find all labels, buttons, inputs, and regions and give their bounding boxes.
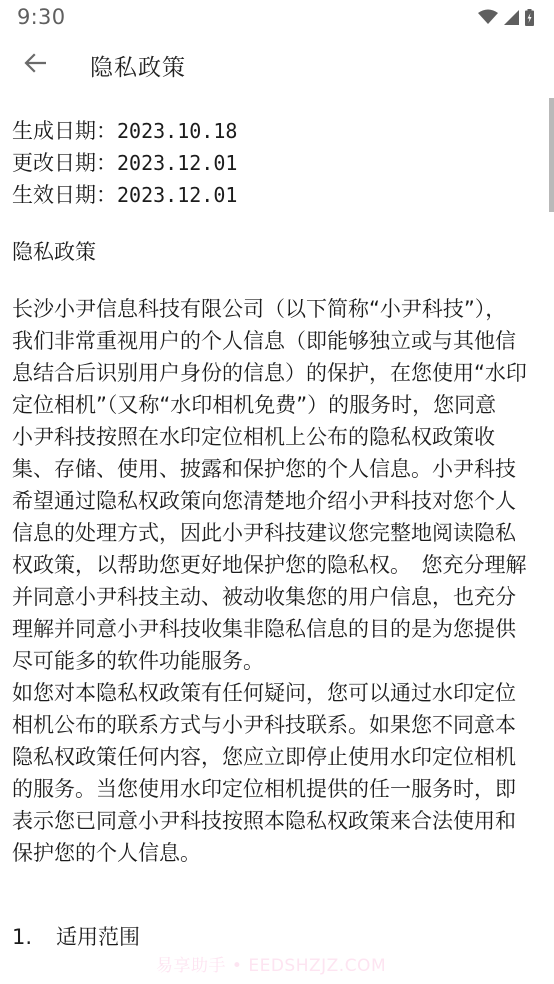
paragraph-line: 隐私权政策任何内容，您应立即停止使用水印定位相机 <box>12 741 516 773</box>
section-number: 1. <box>12 921 56 953</box>
date-value: 2023.12.01 <box>117 183 237 207</box>
cellular-signal-icon <box>504 10 519 25</box>
status-bar: 9:30 <box>0 0 554 34</box>
paragraph-line: 息结合后识别用户身份的信息）的保护，在您使用“水印 <box>12 357 527 389</box>
date-list: 生成日期：2023.10.18 更改日期：2023.12.01 生效日期：202… <box>12 115 237 211</box>
document-heading: 隐私政策 <box>12 236 96 268</box>
arrow-left-icon <box>24 53 46 77</box>
policy-content[interactable]: 生成日期：2023.10.18 更改日期：2023.12.01 生效日期：202… <box>0 96 554 984</box>
date-label: 生效日期： <box>12 183 117 207</box>
modified-date: 更改日期：2023.12.01 <box>12 147 237 179</box>
watermark: 易享助手 • EEDSHZJZ.COM <box>156 951 386 976</box>
paragraph-line: 小尹科技按照在水印定位相机上公布的隐私权政策收 <box>12 421 527 453</box>
paragraph-line: 信息的处理方式，因此小尹科技建议您完整地阅读隐私 <box>12 517 527 549</box>
paragraph-contact: 如您对本隐私权政策有任何疑问，您可以通过水印定位 相机公布的联系方式与小尹科技联… <box>12 677 516 869</box>
paragraph-line: 表示您已同意小尹科技按照本隐私权政策来合法使用和 <box>12 805 516 837</box>
paragraph-line: 尽可能多的软件功能服务。 <box>12 645 527 677</box>
paragraph-line: 定位相机”（又称“水印相机免费”）的服务时，您同意 <box>12 389 527 421</box>
page-title: 隐私政策 <box>90 49 186 82</box>
date-value: 2023.12.01 <box>117 151 237 175</box>
paragraph-line: 保护您的个人信息。 <box>12 837 516 869</box>
paragraph-line: 相机公布的联系方式与小尹科技联系。如果您不同意本 <box>12 709 516 741</box>
status-time: 9:30 <box>17 5 65 29</box>
paragraph-line: 长沙小尹信息科技有限公司（以下简称“小尹科技”）， <box>12 293 527 325</box>
paragraph-line: 理解并同意小尹科技收集非隐私信息的目的是为您提供 <box>12 613 527 645</box>
section-title: 适用范围 <box>56 925 140 949</box>
status-icons <box>478 9 534 26</box>
battery-charging-icon <box>525 9 534 26</box>
paragraph-intro: 长沙小尹信息科技有限公司（以下简称“小尹科技”）， 我们非常重视用户的个人信息（… <box>12 293 527 677</box>
paragraph-line: 的服务。当您使用水印定位相机提供的任一服务时，即 <box>12 773 516 805</box>
paragraph-line: 希望通过隐私权政策向您清楚地介绍小尹科技对您个人 <box>12 485 527 517</box>
paragraph-line: 并同意小尹科技主动、被动收集您的用户信息，也充分 <box>12 581 527 613</box>
back-button[interactable] <box>0 34 70 96</box>
date-value: 2023.10.18 <box>117 119 237 143</box>
paragraph-line: 如您对本隐私权政策有任何疑问，您可以通过水印定位 <box>12 677 516 709</box>
effective-date: 生效日期：2023.12.01 <box>12 179 237 211</box>
paragraph-line: 集、存储、使用、披露和保护您的个人信息。小尹科技 <box>12 453 527 485</box>
date-label: 生成日期： <box>12 119 117 143</box>
created-date: 生成日期：2023.10.18 <box>12 115 237 147</box>
paragraph-line: 我们非常重视用户的个人信息（即能够独立或与其他信 <box>12 325 527 357</box>
date-label: 更改日期： <box>12 151 117 175</box>
app-bar: 隐私政策 <box>0 34 554 96</box>
wifi-icon <box>478 9 498 25</box>
section-heading-scope: 1.适用范围 <box>12 921 140 953</box>
paragraph-line: 权政策，以帮助您更好地保护您的隐私权。 您充分理解 <box>12 549 527 581</box>
